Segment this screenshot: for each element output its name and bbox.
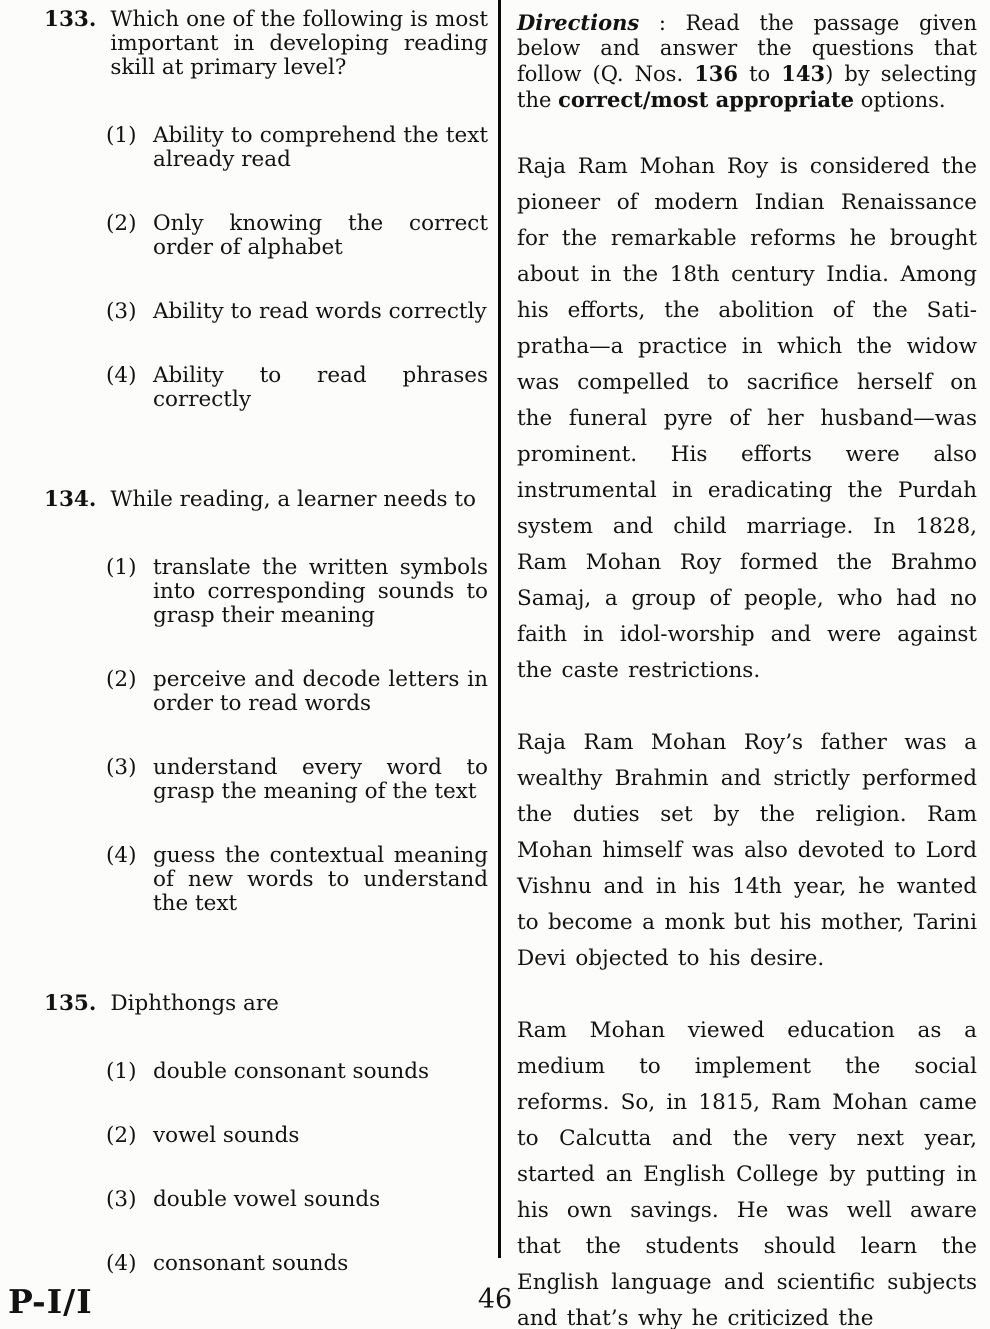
question-number: 135. (44, 992, 96, 1016)
passage-paragraph-3: Ram Mohan viewed education as a medium t… (517, 1013, 977, 1329)
option-row: (2) perceive and decode letters in order… (106, 668, 488, 716)
option-row: (2) vowel sounds (106, 1124, 488, 1148)
option-text: translate the written symbols into corre… (153, 556, 488, 628)
option-text: Only knowing the correct order of alphab… (153, 212, 488, 260)
directions-emphasis: correct/most appropriate (558, 87, 854, 112)
option-row: (1) Ability to comprehend the text alrea… (106, 124, 488, 172)
directions-text: options. (854, 88, 946, 112)
column-divider (498, 0, 501, 1258)
option-marker: (4) (106, 844, 140, 916)
option-marker: (2) (106, 668, 140, 716)
option-row: (1) translate the written symbols into c… (106, 556, 488, 628)
question-text: Which one of the following is most impor… (110, 8, 488, 80)
page-number: 46 (0, 1284, 990, 1315)
option-marker: (4) (106, 1252, 140, 1276)
option-row: (4) Ability to read phrases correctly (106, 364, 488, 412)
option-marker: (1) (106, 556, 140, 628)
directions-qno-start: 136 (694, 61, 738, 86)
option-text: perceive and decode letters in order to … (153, 668, 488, 716)
option-row: (2) Only knowing the correct order of al… (106, 212, 488, 260)
option-marker: (3) (106, 756, 140, 804)
option-text: guess the contextual meaning of new word… (153, 844, 488, 916)
passage-column: Directions : Read the passage given belo… (517, 0, 977, 1329)
option-text: double vowel sounds (153, 1188, 488, 1212)
option-row: (3) double vowel sounds (106, 1188, 488, 1212)
option-text: double consonant sounds (153, 1060, 488, 1084)
directions-qno-end: 143 (781, 61, 825, 86)
option-marker: (2) (106, 1124, 140, 1148)
question-number: 134. (44, 488, 96, 512)
option-row: (1) double consonant sounds (106, 1060, 488, 1084)
option-text: Ability to comprehend the text already r… (153, 124, 488, 172)
option-marker: (2) (106, 212, 140, 260)
directions-text: to (738, 62, 781, 86)
option-text: Ability to read phrases correctly (153, 364, 488, 412)
option-row: (4) consonant sounds (106, 1252, 488, 1276)
question-head: 135. Diphthongs are (44, 992, 488, 1016)
questions-column: 133. Which one of the following is most … (0, 0, 498, 1276)
question-134: 134. While reading, a learner needs to (… (44, 488, 488, 916)
question-text: Diphthongs are (110, 992, 488, 1016)
option-marker: (4) (106, 364, 140, 412)
option-marker: (3) (106, 300, 140, 324)
passage-paragraph-2: Raja Ram Mohan Roy’s father was a wealth… (517, 725, 977, 977)
question-number: 133. (44, 8, 96, 80)
option-text: consonant sounds (153, 1252, 488, 1276)
directions-label: Directions (517, 10, 639, 35)
option-text: Ability to read words correctly (153, 300, 488, 324)
question-text: While reading, a learner needs to (110, 488, 488, 512)
option-marker: (1) (106, 124, 140, 172)
question-head: 133. Which one of the following is most … (44, 8, 488, 80)
option-marker: (1) (106, 1060, 140, 1084)
option-row: (3) Ability to read words correctly (106, 300, 488, 324)
question-133: 133. Which one of the following is most … (44, 8, 488, 412)
directions-paragraph: Directions : Read the passage given belo… (517, 10, 977, 113)
option-text: vowel sounds (153, 1124, 488, 1148)
option-marker: (3) (106, 1188, 140, 1212)
option-text: understand every word to grasp the meani… (153, 756, 488, 804)
option-row: (4) guess the contextual meaning of new … (106, 844, 488, 916)
exam-paper-page: 133. Which one of the following is most … (0, 0, 990, 1329)
question-head: 134. While reading, a learner needs to (44, 488, 488, 512)
question-135: 135. Diphthongs are (1) double consonant… (44, 992, 488, 1276)
option-row: (3) understand every word to grasp the m… (106, 756, 488, 804)
passage-paragraph-1: Raja Ram Mohan Roy is considered the pio… (517, 149, 977, 689)
